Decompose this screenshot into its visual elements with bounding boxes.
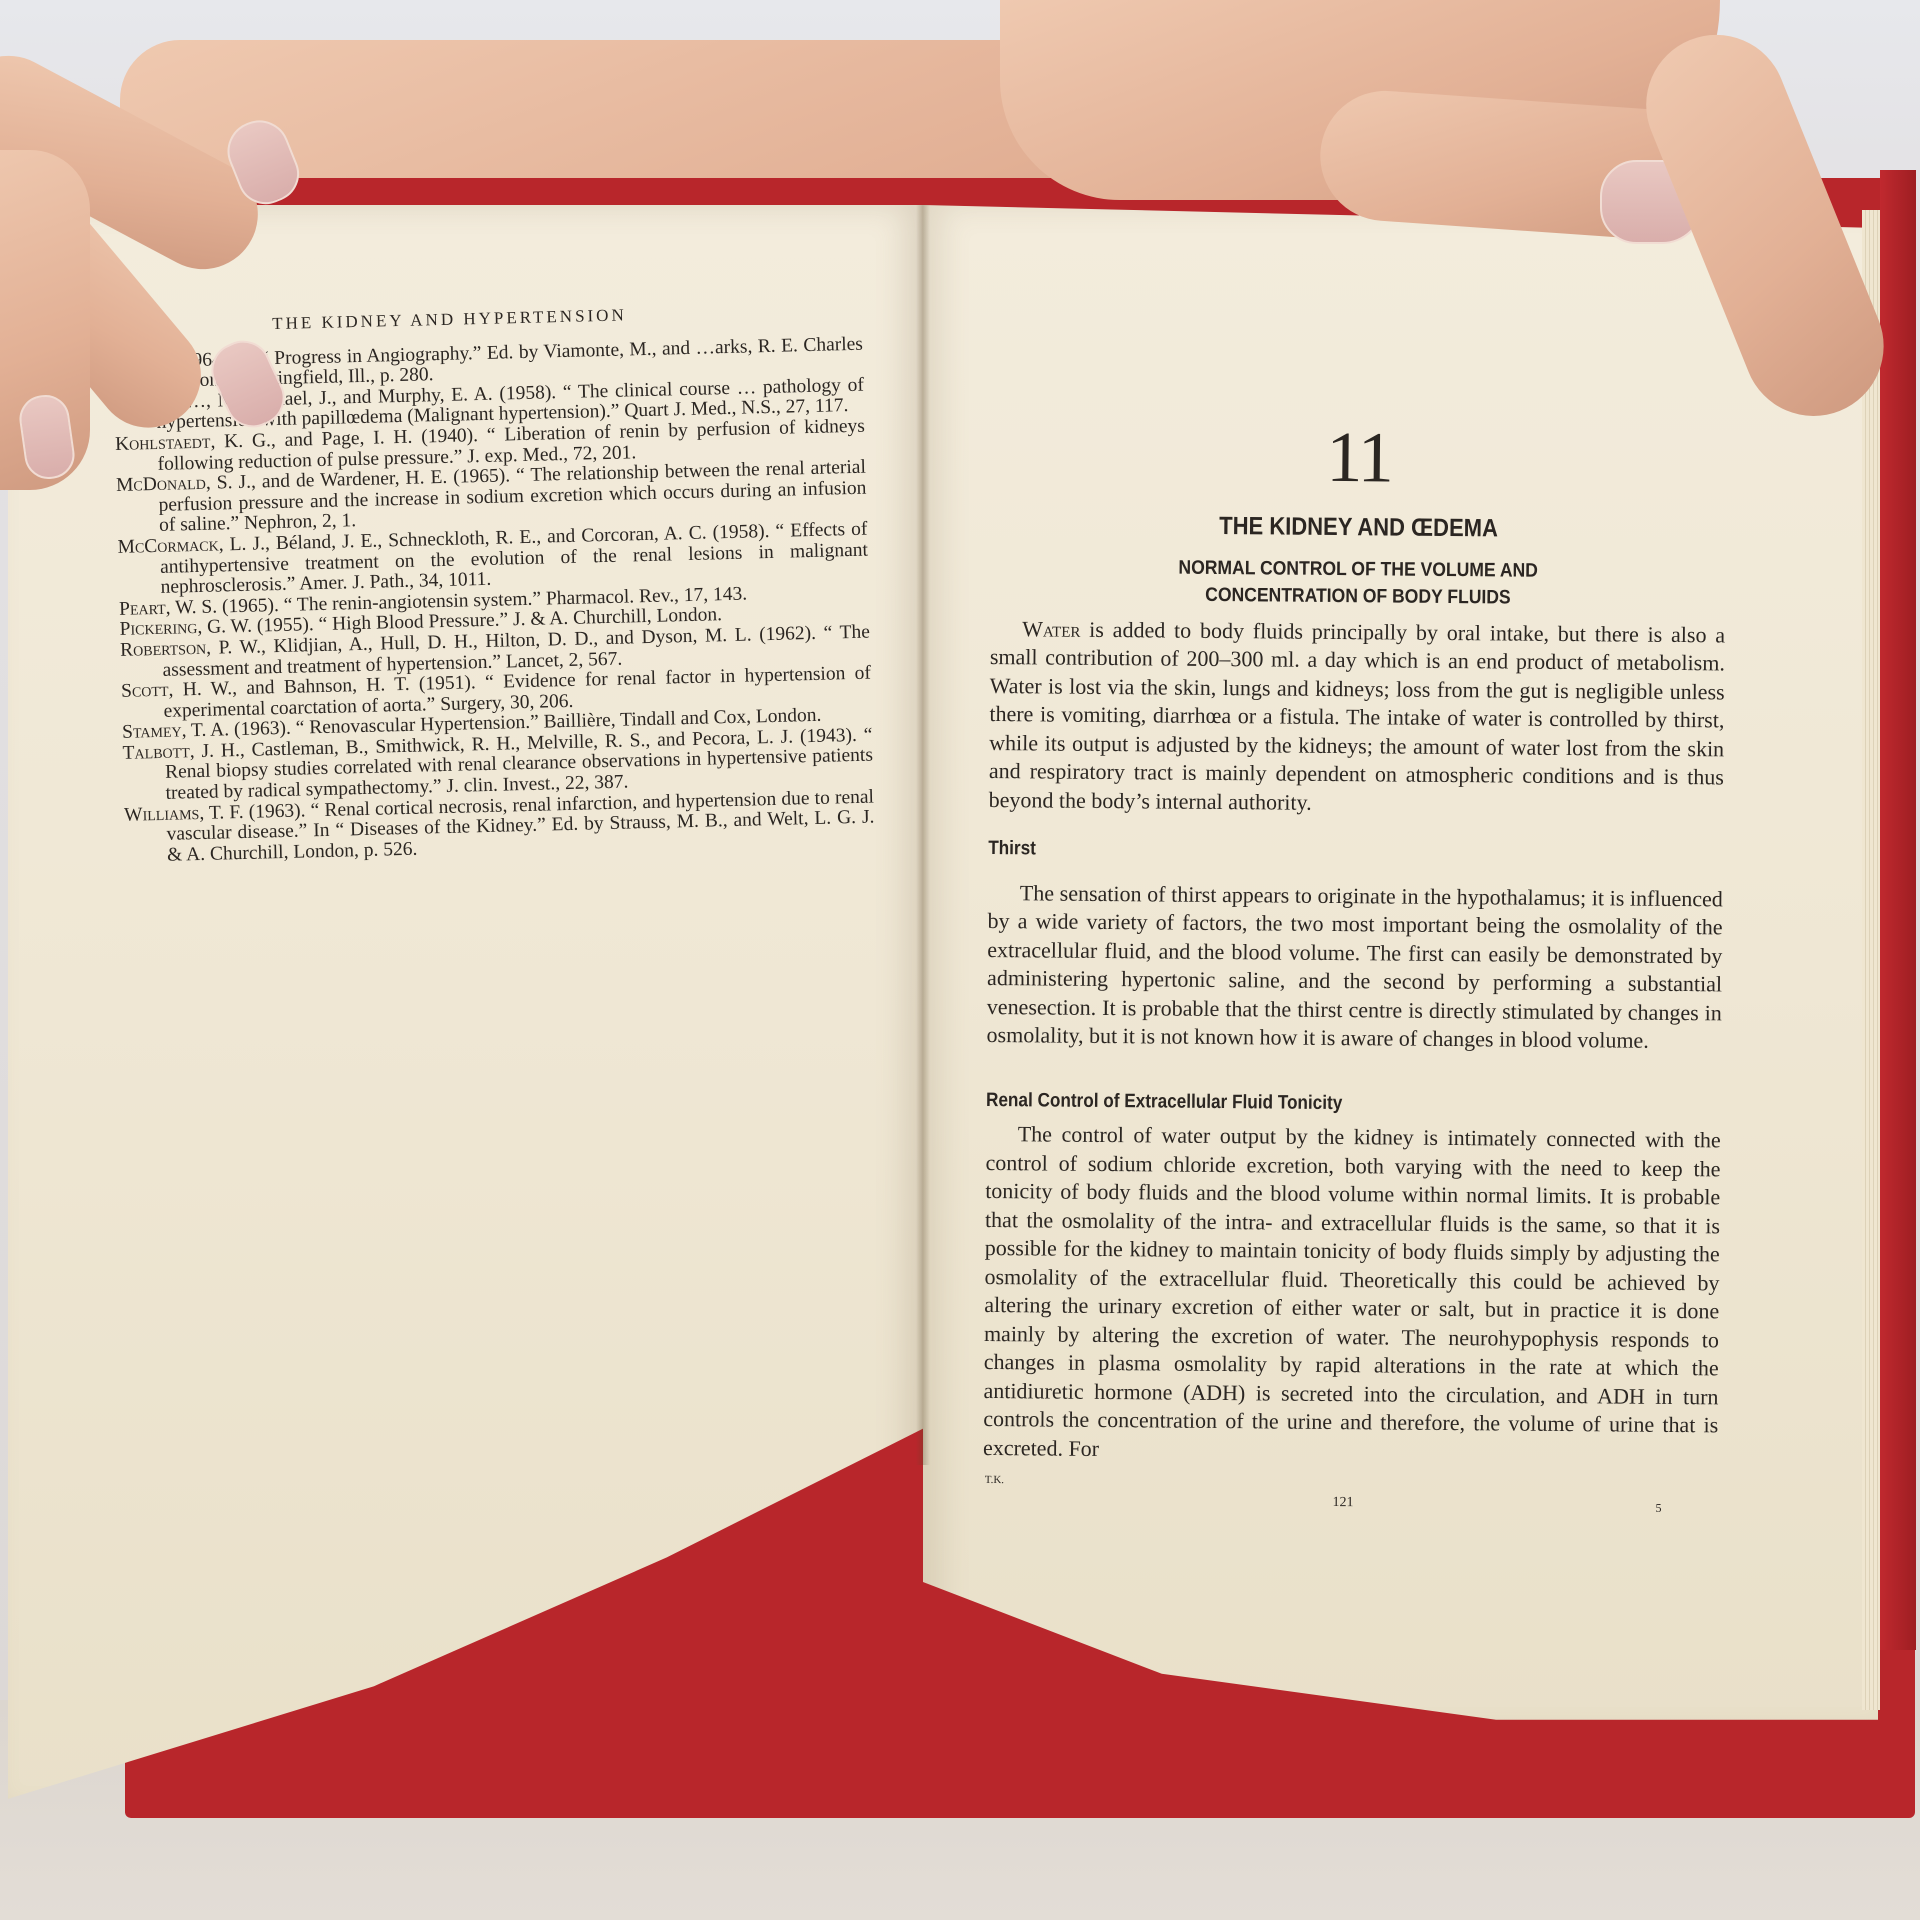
chapter-title: THE KIDNEY AND ŒDEMA bbox=[1035, 510, 1682, 544]
gathering-mark: 5 bbox=[1655, 1494, 1661, 1523]
subheading-renal-control: Renal Control of Extracellular Fluid Ton… bbox=[986, 1085, 1633, 1119]
page-edges bbox=[1862, 210, 1880, 1710]
intro-paragraph: Water is added to body fluids principall… bbox=[989, 614, 1726, 820]
signature-mark: T.K. bbox=[985, 1466, 1005, 1495]
right-page-number: 121 bbox=[1332, 1489, 1353, 1518]
page-footer: T.K. 121 5 bbox=[983, 1464, 1718, 1510]
reference-list: Kinc… (1964). In “ Progress in Angiograp… bbox=[113, 334, 875, 867]
renal-control-paragraph: The control of water output by the kidne… bbox=[983, 1120, 1721, 1468]
book-gutter bbox=[916, 205, 930, 1465]
photo-scene: 12 THE KIDNEY AND HYPERTENSION Kinc… (19… bbox=[0, 0, 1920, 1920]
subheading-thirst: Thirst bbox=[988, 834, 1635, 868]
chapter-number: 11 bbox=[991, 418, 1727, 496]
book-cover-edge bbox=[1880, 170, 1916, 1650]
intro-small-caps: Water bbox=[1022, 616, 1080, 642]
section-title: NORMAL CONTROL OF THE VOLUME AND CONCENT… bbox=[1027, 553, 1689, 613]
thirst-paragraph: The sensation of thirst appears to origi… bbox=[986, 878, 1722, 1055]
right-page-text: 11 THE KIDNEY AND ŒDEMA NORMAL CONTROL O… bbox=[983, 418, 1727, 1510]
